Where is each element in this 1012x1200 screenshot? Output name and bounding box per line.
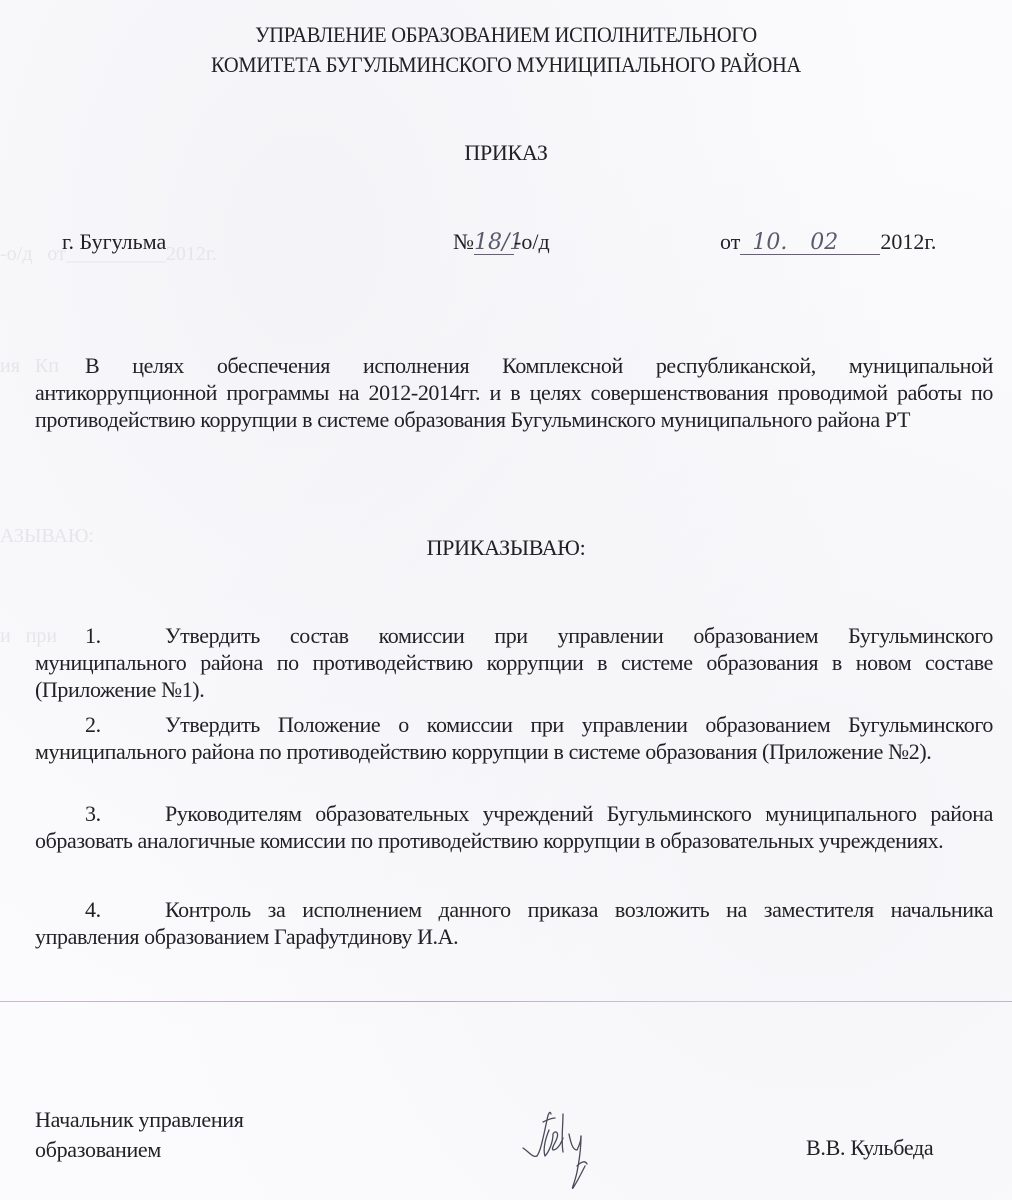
header-line-1: УПРАВЛЕНИЕ ОБРАЗОВАНИЕМ ИСПОЛНИТЕЛЬНОГО: [35, 20, 976, 50]
header-line-2: КОМИТЕТА БУГУЛЬМИНСКОГО МУНИЦИПАЛЬНОГО Р…: [35, 50, 976, 80]
number-suffix: -о/д: [514, 229, 550, 254]
item-text: Контроль за исполнением данного приказа …: [35, 897, 993, 949]
preamble-text: В целях обеспечения исполнения Комплексн…: [35, 353, 993, 432]
number-sign: №: [453, 229, 474, 254]
city: г. Бугульма: [62, 229, 166, 255]
organization-header: УПРАВЛЕНИЕ ОБРАЗОВАНИЕМ ИСПОЛНИТЕЛЬНОГО …: [35, 20, 976, 80]
horizontal-divider: [0, 1001, 1012, 1002]
item-text: Утвердить Положение о комиссии при управ…: [35, 712, 993, 764]
order-number: №18/1-о/д: [453, 229, 550, 255]
signatory-name: В.В. Кульбеда: [806, 1135, 933, 1161]
signatory-title-line-2: образованием: [35, 1135, 244, 1165]
scanned-page: -о/д от__________2012г. ия Кп АЗЫВАЮ: и …: [0, 0, 1012, 1200]
item-number: 3.: [35, 800, 165, 827]
signatory-title-line-1: Начальник управления: [35, 1105, 244, 1135]
handwritten-date: 10. 02: [740, 232, 880, 255]
date-suffix: 2012г.: [880, 229, 936, 254]
item-text: Утвердить состав комиссии при управлении…: [35, 623, 993, 702]
order-item: 1.Утвердить состав комиссии при управлен…: [35, 622, 993, 703]
item-number: 2.: [35, 711, 165, 738]
order-heading: ПРИКАЗЫВАЮ:: [0, 535, 1012, 561]
handwritten-signature-icon: [515, 1100, 615, 1195]
preamble-paragraph: В целях обеспечения исполнения Комплексн…: [35, 352, 993, 433]
date-prefix: от: [720, 229, 740, 254]
item-number: 1.: [35, 622, 165, 649]
item-text: Руководителям образовательных учреждений…: [35, 801, 993, 853]
order-item: 4.Контроль за исполнением данного приказ…: [35, 896, 993, 950]
handwritten-number: 18/1: [474, 232, 514, 255]
order-date: от10. 022012г.: [720, 229, 936, 255]
item-number: 4.: [35, 896, 165, 923]
signatory-title: Начальник управления образованием: [35, 1105, 244, 1165]
order-item: 2.Утвердить Положение о комиссии при упр…: [35, 711, 993, 765]
document-meta-row: г. Бугульма №18/1-о/д от10. 022012г.: [0, 229, 1012, 259]
order-item: 3.Руководителям образовательных учрежден…: [35, 800, 993, 854]
document-title: ПРИКАЗ: [0, 140, 1012, 166]
